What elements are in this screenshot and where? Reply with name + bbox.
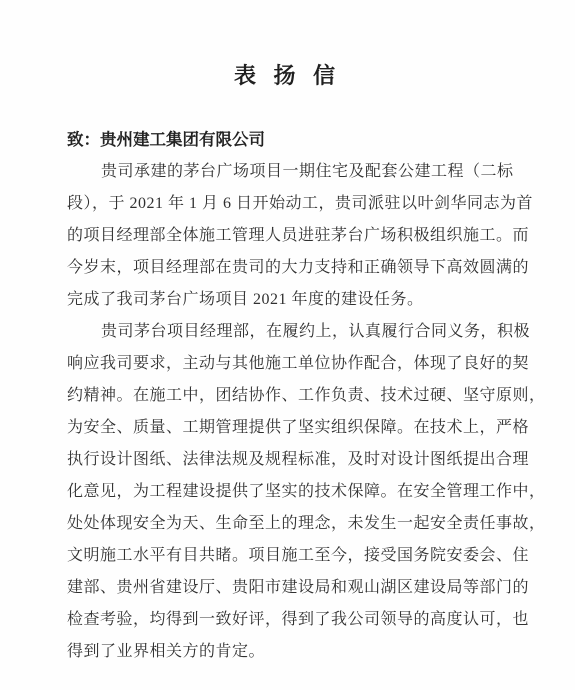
paragraph-line: 化意见，为工程建设提供了坚实的技术保障。在安全管理工作中， bbox=[67, 476, 508, 508]
letter-title: 表 扬 信 bbox=[67, 60, 508, 92]
paragraph-line: 今岁末，项目经理部在贵司的大力支持和正确领导下高效圆满的 bbox=[67, 252, 508, 284]
paragraph-line: 执行设计图纸、法律法规及规程标准，及时对设计图纸提出合理 bbox=[67, 444, 508, 476]
paragraph-line: 文明施工水平有目共睹。项目施工至今，接受国务院安委会、住 bbox=[67, 540, 508, 572]
paragraph-line: 响应我司要求，主动与其他施工单位协作配合，体现了良好的契 bbox=[67, 348, 508, 380]
paragraph-line: 约精神。在施工中，团结协作、工作负责、技术过硬、坚守原则， bbox=[67, 380, 508, 412]
commendation-letter-page: 表 扬 信 致：贵州建工集团有限公司 贵司承建的茅台广场项目一期住宅及配套公建工… bbox=[0, 0, 575, 690]
paragraph-line: 处处体现安全为天、生命至上的理念，未发生一起安全责任事故， bbox=[67, 508, 508, 540]
paragraph-line: 建部、贵州省建设厅、贵阳市建设局和观山湖区建设局等部门的 bbox=[67, 572, 508, 604]
letter-salutation: 致：贵州建工集团有限公司 bbox=[67, 124, 508, 156]
paragraph-line: 贵司茅台项目经理部，在履约上，认真履行合同义务，积极 bbox=[67, 316, 508, 348]
paragraph-line: 的项目经理部全体施工管理人员进驻茅台广场积极组织施工。而 bbox=[67, 220, 508, 252]
paragraph-line: 为安全、质量、工期管理提供了坚实组织保障。在技术上，严格 bbox=[67, 412, 508, 444]
letter-paragraph-2: 贵司茅台项目经理部，在履约上，认真履行合同义务，积极 响应我司要求，主动与其他施… bbox=[67, 316, 508, 668]
paragraph-line: 贵司承建的茅台广场项目一期住宅及配套公建工程（二标 bbox=[67, 156, 508, 188]
paragraph-line: 检查考验，均得到一致好评，得到了我公司领导的高度认可，也 bbox=[67, 604, 508, 636]
paragraph-line: 段），于 2021 年 1 月 6 日开始动工，贵司派驻以叶剑华同志为首 bbox=[67, 188, 508, 220]
letter-content: 表 扬 信 致：贵州建工集团有限公司 贵司承建的茅台广场项目一期住宅及配套公建工… bbox=[67, 0, 508, 668]
paragraph-line: 得到了业界相关方的肯定。 bbox=[67, 636, 508, 668]
paragraph-line: 完成了我司茅台广场项目 2021 年度的建设任务。 bbox=[67, 284, 508, 316]
letter-paragraph-1: 贵司承建的茅台广场项目一期住宅及配套公建工程（二标 段），于 2021 年 1 … bbox=[67, 156, 508, 316]
